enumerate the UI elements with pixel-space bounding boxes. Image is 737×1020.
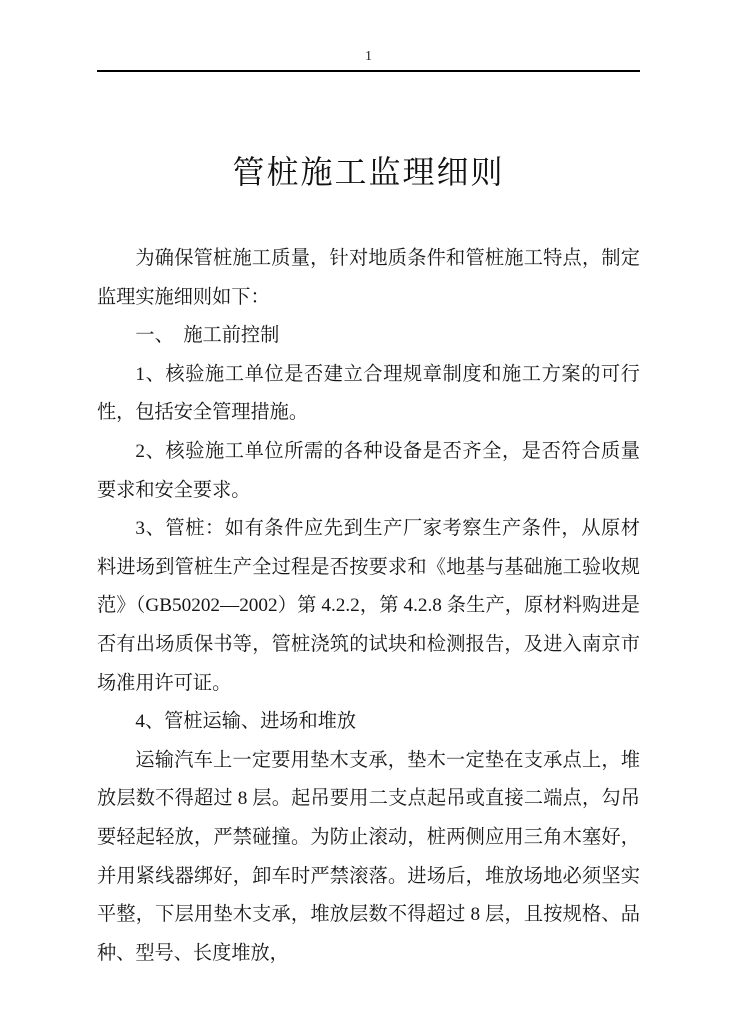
heading-item-4: 4、管桩运输、进场和堆放: [97, 703, 640, 742]
paragraph-item-1: 1、核验施工单位是否建立合理规章制度和施工方案的可行性，包括安全管理措施。: [97, 356, 640, 433]
page-header: 1: [97, 48, 640, 66]
page-number: 1: [97, 48, 640, 66]
document-title: 管桩施工监理细则: [0, 147, 737, 193]
paragraph-intro: 为确保管桩施工质量，针对地质条件和管桩施工特点，制定监理实施细则如下：: [97, 240, 640, 317]
paragraph-item-2: 2、核验施工单位所需的各种设备是否齐全，是否符合质量要求和安全要求。: [97, 433, 640, 510]
paragraph-transport: 运输汽车上一定要用垫木支承，垫木一定垫在支承点上，堆放层数不得超过 8 层。起吊…: [97, 742, 640, 974]
document-page: 1 管桩施工监理细则 为确保管桩施工质量，针对地质条件和管桩施工特点，制定监理实…: [0, 0, 737, 1020]
heading-section-1: 一、 施工前控制: [97, 317, 640, 356]
document-body: 为确保管桩施工质量，针对地质条件和管桩施工特点，制定监理实施细则如下： 一、 施…: [97, 240, 640, 973]
header-rule: [97, 70, 640, 72]
paragraph-item-3: 3、管桩：如有条件应先到生产厂家考察生产条件，从原材料进场到管桩生产全过程是否按…: [97, 510, 640, 703]
